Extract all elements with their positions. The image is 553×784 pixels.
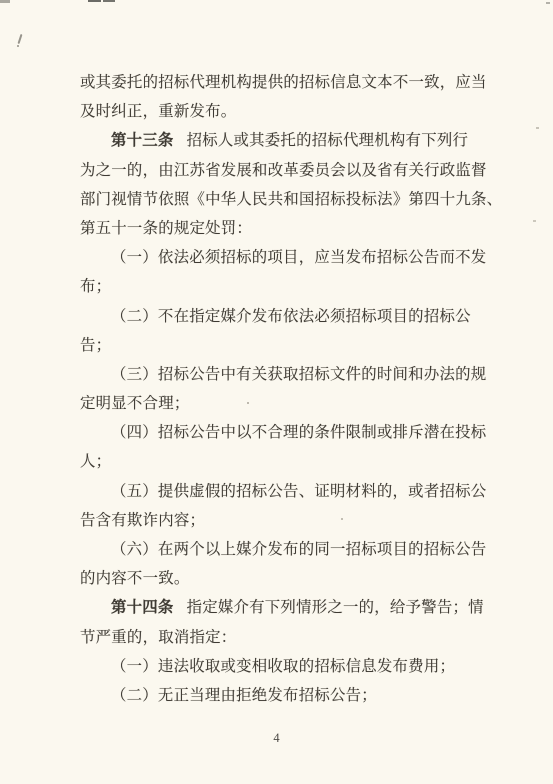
document-line: （一）依法必须招标的项目，应当发布招标公告而不发	[80, 243, 492, 272]
line-text: （三）招标公告中有关获取招标文件的时间和办法的规	[111, 366, 486, 383]
line-text: 的内容不一致。	[80, 570, 190, 587]
line-text: 节严重的，取消指定：	[80, 629, 236, 646]
document-line: （二）不在指定媒介发布依法必须招标项目的招标公	[80, 302, 492, 331]
line-text: 告；	[80, 337, 111, 354]
document-line: 及时纠正，重新发布。	[80, 97, 492, 126]
document-line: 第五十一条的规定处罚：	[80, 214, 492, 243]
line-text: 或其委托的招标代理机构提供的招标信息文本不一致，应当	[80, 74, 487, 91]
scan-artifact-speck	[533, 220, 536, 222]
document-line: 部门视情节依照《中华人民共和国招标投标法》第四十九条、	[80, 185, 492, 214]
line-text: （四）招标公告中以不合理的条件限制或排斥潜在投标	[111, 424, 486, 441]
document-line: 告含有欺诈内容；	[80, 506, 492, 535]
line-text: （二）不在指定媒介发布依法必须招标项目的招标公	[111, 308, 471, 325]
line-text: （六）在两个以上媒介发布的同一招标项目的招标公告	[111, 541, 486, 558]
scan-artifact-corner-smudge	[0, 0, 10, 3]
document-line: （二）无正当理由拒绝发布招标公告；	[80, 681, 492, 710]
line-text: 指定媒介有下列情形之一的，给予警告；情	[187, 599, 484, 616]
line-text: 定明显不合理；	[80, 395, 190, 412]
scanned-document-page: 或其委托的招标代理机构提供的招标信息文本不一致，应当及时纠正，重新发布。第十三条…	[0, 0, 553, 784]
document-line: 定明显不合理；	[80, 389, 492, 418]
line-text: 及时纠正，重新发布。	[80, 103, 236, 120]
line-text: （五）提供虚假的招标公告、证明材料的，或者招标公	[111, 483, 486, 500]
line-text: 人；	[80, 453, 111, 470]
scan-artifact-dash	[103, 0, 115, 2]
document-line: 人；	[80, 447, 492, 476]
scan-artifact-speck	[536, 127, 539, 129]
line-text: 为之一的，由江苏省发展和改革委员会以及省有关行政监督	[80, 162, 487, 179]
document-line: 为之一的，由江苏省发展和改革委员会以及省有关行政监督	[80, 156, 492, 185]
document-line: 的内容不一致。	[80, 564, 492, 593]
document-line: 布；	[80, 272, 492, 301]
document-line: （三）招标公告中有关获取招标文件的时间和办法的规	[80, 360, 492, 389]
document-line: （四）招标公告中以不合理的条件限制或排斥潜在投标	[80, 418, 492, 447]
document-line: 第十三条招标人或其委托的招标代理机构有下列行	[80, 126, 492, 155]
scan-artifact-pen-tick	[17, 45, 19, 47]
line-text: 布；	[80, 278, 111, 295]
line-text: 招标人或其委托的招标代理机构有下列行	[187, 132, 469, 149]
scan-artifact-pen-tick	[18, 34, 23, 44]
document-line: 节严重的，取消指定：	[80, 623, 492, 652]
document-line: 告；	[80, 331, 492, 360]
document-body-text: 或其委托的招标代理机构提供的招标信息文本不一致，应当及时纠正，重新发布。第十三条…	[80, 68, 492, 710]
line-text: 第五十一条的规定处罚：	[80, 220, 252, 237]
document-line: （一）违法收取或变相收取的招标信息发布费用；	[80, 652, 492, 681]
document-line: 第十四条指定媒介有下列情形之一的，给予警告；情	[80, 593, 492, 622]
article-number-heading: 第十三条	[111, 132, 174, 149]
page-number: 4	[0, 731, 553, 746]
document-line: （五）提供虚假的招标公告、证明材料的，或者招标公	[80, 477, 492, 506]
line-text: 告含有欺诈内容；	[80, 512, 205, 529]
line-text: （二）无正当理由拒绝发布招标公告；	[111, 687, 377, 704]
line-text: （一）违法收取或变相收取的招标信息发布费用；	[111, 658, 455, 675]
line-text: 部门视情节依照《中华人民共和国招标投标法》第四十九条、	[80, 191, 502, 208]
scan-artifact-dash	[88, 0, 101, 2]
document-line: （六）在两个以上媒介发布的同一招标项目的招标公告	[80, 535, 492, 564]
scan-artifact-speck	[546, 2, 550, 4]
line-text: （一）依法必须招标的项目，应当发布招标公告而不发	[111, 249, 486, 266]
document-line: 或其委托的招标代理机构提供的招标信息文本不一致，应当	[80, 68, 492, 97]
article-number-heading: 第十四条	[111, 599, 174, 616]
